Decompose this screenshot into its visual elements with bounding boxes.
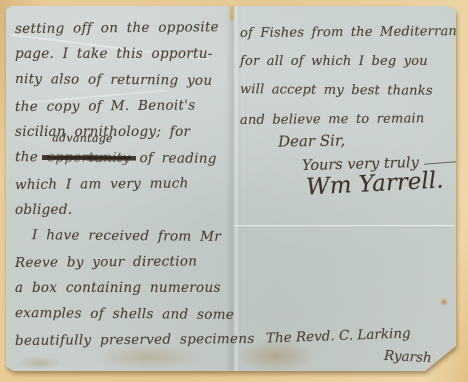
handwriting-line: beautifully preserved specimens xyxy=(15,326,237,354)
handwriting-line: the copy of M. Benoit's xyxy=(15,92,237,120)
handwriting-line-with-correction: theadvantageopportunityof reading xyxy=(15,144,237,172)
letter-paper: setting off on the opposite page. I take… xyxy=(6,6,456,371)
letter-paper-wrapper: setting off on the opposite page. I take… xyxy=(6,6,456,371)
interlined-word: advantage xyxy=(52,132,113,144)
handwriting-line: Reeve by your direction xyxy=(15,248,237,276)
struck-word: opportunity xyxy=(42,144,136,171)
handwriting-line: which I am very much xyxy=(15,170,237,198)
place-line: Ryarsh xyxy=(384,348,432,366)
interlined-correction: advantageopportunity xyxy=(42,144,136,171)
stain xyxy=(440,298,448,306)
handwriting-line: and believe me to remain xyxy=(240,104,456,135)
handwriting-line: for all of which I beg you xyxy=(240,47,456,76)
correction-prefix: the xyxy=(15,149,38,165)
handwriting-line: sicilian ornithology; for xyxy=(15,119,237,145)
handwriting-line: of Fishes from the Mediterranean xyxy=(240,17,456,48)
letter-scan: { "colors": { "backing_tan": "#e6c892", … xyxy=(0,0,468,382)
right-page-text: of Fishes from the Mediterranean for all… xyxy=(240,18,456,134)
handwriting-line: a box containing numerous xyxy=(15,275,237,301)
handwriting-line: page. I take this opportu- xyxy=(15,41,237,67)
stain xyxy=(16,356,62,370)
left-page-text: setting off on the opposite page. I take… xyxy=(15,15,237,353)
horizontal-crease xyxy=(234,225,455,228)
handwriting-line: setting off on the opposite xyxy=(15,14,237,42)
handwriting-line: nity also of returning you xyxy=(15,66,237,94)
handwriting-line: obliged. xyxy=(15,197,237,223)
handwriting-line: examples of shells and some xyxy=(15,300,237,328)
correction-suffix: of reading xyxy=(139,150,216,167)
addressee-line: The Revd. C. Larking xyxy=(266,325,411,346)
salutation-line: Dear Sir, xyxy=(278,131,345,150)
handwriting-line: will accept my best thanks xyxy=(240,75,456,106)
handwriting-line: I have received from Mr xyxy=(15,222,237,250)
